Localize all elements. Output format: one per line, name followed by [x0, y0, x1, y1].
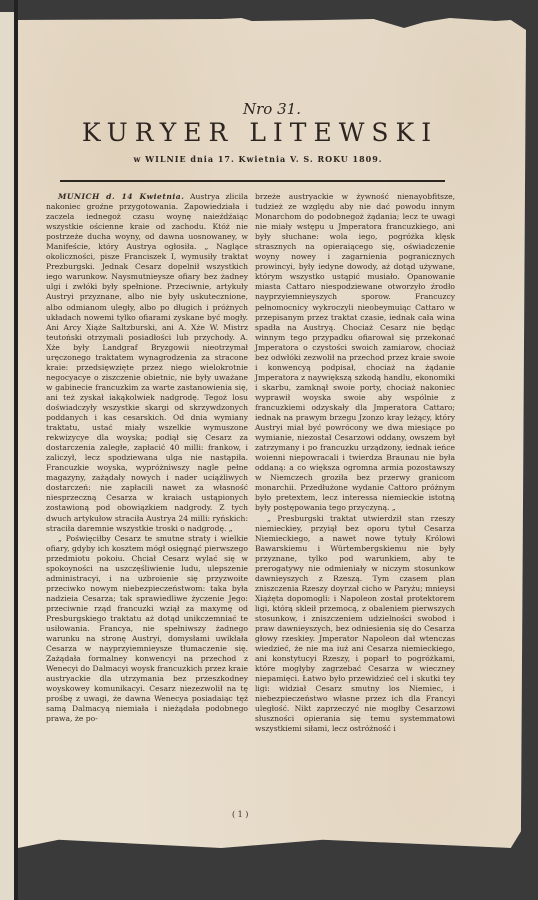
article-dateline: MUNICH d. 14 Kwietnia.	[58, 192, 184, 201]
article-column-right: brzeże austryackie w żywność nienayobfit…	[255, 192, 455, 735]
article-paragraph: MUNICH d. 14 Kwietnia. Austrya zlicila n…	[46, 192, 248, 534]
article-paragraph: „ Presburgski traktat utwierdził stan rz…	[255, 514, 455, 735]
dateline: w WILNIE dnia 17. Kwietnia V. S. ROKU 18…	[68, 154, 448, 164]
masthead-rule	[60, 180, 445, 182]
binding-spine	[14, 0, 18, 900]
newspaper-title: KURYER LITEWSKI	[40, 118, 480, 147]
article-paragraph: „ Poświęciłby Cesarz te smutne straty i …	[46, 534, 248, 725]
article-column-left: MUNICH d. 14 Kwietnia. Austrya zlicila n…	[46, 192, 248, 724]
previous-page-edge	[0, 12, 15, 900]
article-text: Austrya zlicila nakoniec groźne przygoto…	[46, 192, 248, 533]
article-paragraph: brzeże austryackie w żywność nienayobfit…	[255, 192, 455, 514]
issue-number: Nro 31.	[18, 100, 526, 118]
page-number: ( 1 )	[232, 810, 248, 819]
newspaper-page: Nro 31. KURYER LITEWSKI w WILNIE dnia 17…	[18, 18, 526, 848]
